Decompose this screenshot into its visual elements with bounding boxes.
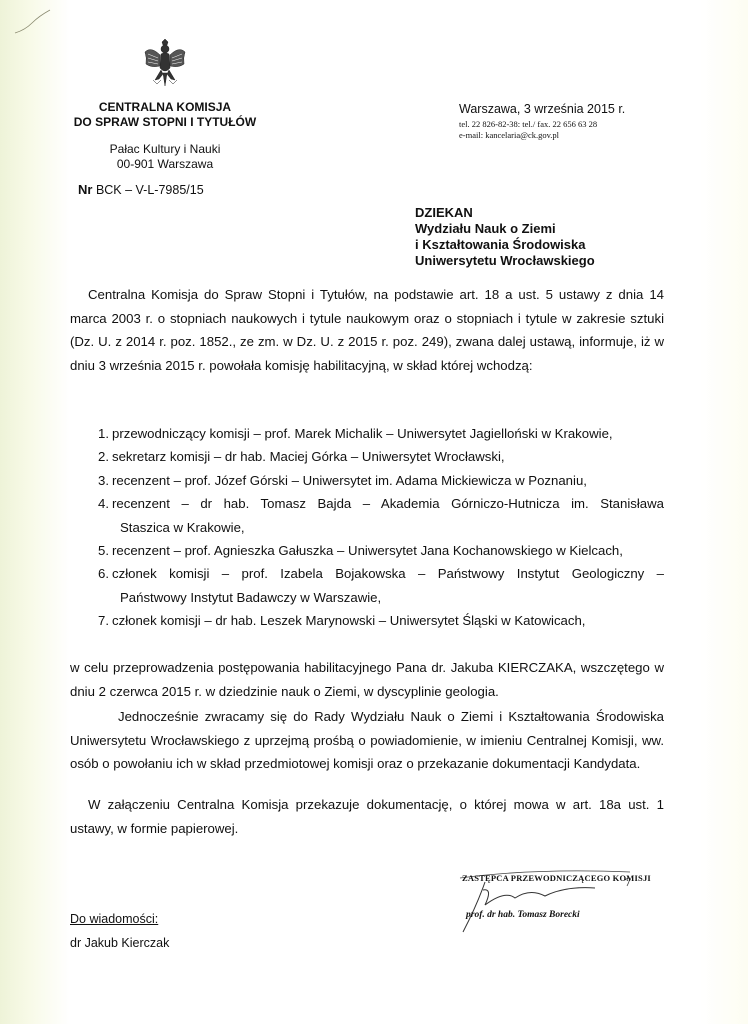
recipient-line-3: i Kształtowania Środowiska bbox=[415, 237, 595, 253]
address-line-1: Pałac Kultury i Nauki bbox=[70, 142, 260, 157]
committee-item: 4.recenzent – dr hab. Tomasz Bajda – Aka… bbox=[98, 492, 664, 515]
paragraph-request-text: Jednocześnie zwracamy się do Rady Wydzia… bbox=[70, 705, 664, 776]
reference-number: Nr BCK – V-L-7985/15 bbox=[78, 182, 204, 197]
committee-list: 1.przewodniczący komisji – prof. Marek M… bbox=[98, 422, 664, 633]
paragraph-attachment-text: W załączeniu Centralna Komisja przekazuj… bbox=[70, 793, 664, 840]
committee-item: 3.recenzent – prof. Józef Górski – Uniwe… bbox=[98, 469, 664, 492]
recipient-line-2: Wydziału Nauk o Ziemi bbox=[415, 221, 595, 237]
paragraph-attachment: W załączeniu Centralna Komisja przekazuj… bbox=[70, 793, 664, 840]
committee-item: 6.członek komisji – prof. Izabela Bojako… bbox=[98, 562, 664, 585]
polish-eagle-emblem-icon bbox=[143, 38, 187, 92]
committee-item-continuation: Państwowy Instytut Badawczy w Warszawie, bbox=[98, 586, 664, 609]
recipient-line-1: DZIEKAN bbox=[415, 205, 595, 221]
handwritten-signature-icon bbox=[455, 860, 665, 940]
paragraph-intro: Centralna Komisja do Spraw Stopni i Tytu… bbox=[70, 283, 664, 377]
signature-stamp-name: prof. dr hab. Tomasz Borecki bbox=[466, 910, 580, 920]
org-line-2: DO SPRAW STOPNI I TYTUŁÓW bbox=[70, 115, 260, 130]
paragraph-purpose: w celu przeprowadzenia postępowania habi… bbox=[70, 656, 664, 703]
contact-info: tel. 22 826-82-38: tel./ fax. 22 656 63 … bbox=[459, 119, 597, 141]
paragraph-request: Jednocześnie zwracamy się do Rady Wydzia… bbox=[70, 705, 664, 776]
committee-item: 5.recenzent – prof. Agnieszka Gałuszka –… bbox=[98, 539, 664, 562]
reference-value: BCK – V-L-7985/15 bbox=[96, 183, 204, 197]
cc-recipient: dr Jakub Kierczak bbox=[70, 936, 169, 950]
scan-artifact-mark bbox=[10, 5, 60, 35]
place-date: Warszawa, 3 września 2015 r. bbox=[459, 102, 625, 116]
committee-item: 2.sekretarz komisji – dr hab. Maciej Gór… bbox=[98, 445, 664, 468]
signature-stamp-title: ZASTĘPCA PRZEWODNICZĄCEGO KOMISJI bbox=[462, 873, 651, 883]
paragraph-intro-text: Centralna Komisja do Spraw Stopni i Tytu… bbox=[70, 283, 664, 377]
organization-name: CENTRALNA KOMISJA DO SPRAW STOPNI I TYTU… bbox=[70, 100, 260, 130]
reference-label: Nr bbox=[78, 182, 92, 197]
cc-label: Do wiadomości: bbox=[70, 912, 158, 926]
phone-fax: tel. 22 826-82-38: tel./ fax. 22 656 63 … bbox=[459, 119, 597, 130]
address-line-2: 00-901 Warszawa bbox=[70, 157, 260, 172]
recipient-line-4: Uniwersytetu Wrocławskiego bbox=[415, 253, 595, 269]
committee-item: 1.przewodniczący komisji – prof. Marek M… bbox=[98, 422, 664, 445]
committee-item: 7.członek komisji – dr hab. Leszek Maryn… bbox=[98, 609, 664, 632]
email: e-mail: kancelaria@ck.gov.pl bbox=[459, 130, 597, 141]
recipient-block: DZIEKAN Wydziału Nauk o Ziemi i Kształto… bbox=[415, 205, 595, 269]
organization-address: Pałac Kultury i Nauki 00-901 Warszawa bbox=[70, 142, 260, 172]
org-line-1: CENTRALNA KOMISJA bbox=[70, 100, 260, 115]
committee-item-continuation: Staszica w Krakowie, bbox=[98, 516, 664, 539]
